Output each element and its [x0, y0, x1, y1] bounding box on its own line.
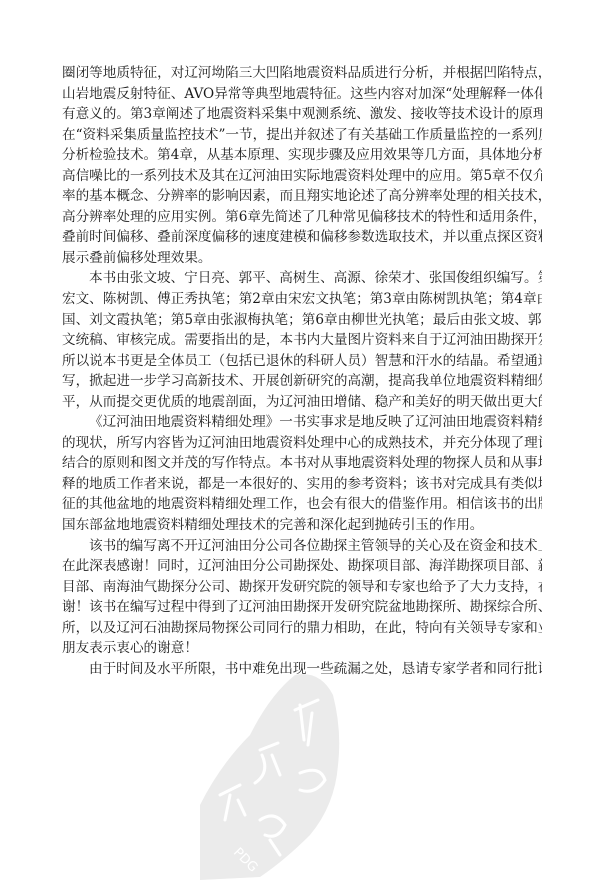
pdg-watermark: PDG — [200, 655, 365, 880]
text-line: 国、刘文霞执笔；第5章由张淑梅执笔；第6章由柳世光执笔；最后由张文坡、郭平、宋宏 — [62, 310, 542, 331]
text-line: 宏文、陈树凯、傅正秀执笔；第2章由宋宏文执笔；第3章由陈树凯执笔；第4章由王正 — [62, 289, 542, 310]
text-line: 所以说本书更是全体员工（包括已退休的科研人员）智慧和汗水的结晶。希望通过该书的编 — [62, 351, 542, 372]
text-line: 高信噪比的一系列技术及其在辽河油田实际地震资料处理中的应用。第5章不仅介绍了分辨 — [62, 166, 542, 187]
text-line: 《辽河油田地震资料精细处理》一书实事求是地反映了辽河油田地震资料精细处理技术 — [62, 412, 542, 433]
text-line: 分析检验技术。第4章，从基本原理、实现步骤及应用效果等几方面，具体地分析论述了提 — [62, 145, 542, 166]
text-line: 在此深表感谢！同时，辽河油田分公司勘探处、勘探项目部、海洋勘探项目部、新区勘探项 — [62, 556, 542, 577]
text-line: 谢！该书在编写过程中得到了辽河油田勘探开发研究院盆地勘探所、勘探综合所、海洋勘探 — [62, 597, 542, 618]
document-page: 圈闭等地质特征，对辽河坳陷三大凹陷地震资料品质进行分析，并根据凹陷特点，陈述了火… — [0, 0, 598, 880]
text-line: 所，以及辽河石油勘探局物探公司同行的鼎力相助，在此，特向有关领导专家和业内人士及 — [62, 618, 542, 639]
text-line: 结合的原则和图文并茂的写作特点。本书对从事地震资料处理的物探人员和从事地震资料解 — [62, 453, 542, 474]
text-line: 圈闭等地质特征，对辽河坳陷三大凹陷地震资料品质进行分析，并根据凹陷特点，陈述了火 — [62, 63, 542, 84]
text-line: 展示叠前偏移处理效果。 — [62, 248, 542, 269]
text-line: 国东部盆地地震资料精细处理技术的完善和深化起到抛砖引玉的作用。 — [62, 515, 542, 536]
text-line: 率的基本概念、分辨率的影响因素，而且翔实地论述了高分辨率处理的相关技术，还列举了 — [62, 186, 542, 207]
text-line: 本书由张文坡、宁日亮、郭平、高树生、高源、徐荣才、张国俊组织编写。第1章由宋 — [62, 268, 542, 289]
text-line: 该书的编写离不开辽河油田分公司各位勘探主管领导的关心及在资金和技术上的扶持， — [62, 536, 542, 557]
text-line: 的现状，所写内容皆为辽河油田地震资料处理中心的成熟技术，并充分体现了理论与实际相 — [62, 433, 542, 454]
text-line: 有意义的。第3章阐述了地震资料采集中观测系统、激发、接收等技术设计的原理和方法。 — [62, 104, 542, 125]
text-line: 平，从而提交更优质的地震剖面，为辽河油田增储、稳产和美好的明天做出更大的贡献。 — [62, 392, 542, 413]
text-line: 征的其他盆地的地震资料精细处理工作，也会有很大的借鉴作用。相信该书的出版发行对中 — [62, 494, 542, 515]
text-line: 目部、南海油气勘探分公司、勘探开发研究院的领导和专家也给予了大力支持，在此深表感 — [62, 577, 542, 598]
text-line: 高分辨率处理的应用实例。第6章先简述了几种常见偏移技术的特性和适用条件，重点叙述 — [62, 207, 542, 228]
text-line: 写，掀起进一步学习高新技术、开展创新研究的高潮，提高我单位地震资料精细处理技术水 — [62, 371, 542, 392]
text-line: 释的地质工作者来说，都是一本很好的、实用的参考资料；该书对完成具有类似地震地质特 — [62, 474, 542, 495]
seal-watermark-icon: PDG — [200, 655, 365, 880]
text-line: 山岩地震反射特征、AVO异常等典型地震特征。这些内容对加深“处理解释一体化”是很 — [62, 84, 542, 105]
text-line: 叠前时间偏移、叠前深度偏移的速度建模和偏移参数选取技术，并以重点探区资料处理实例 — [62, 227, 542, 248]
text-line: 文统稿、审核完成。需要指出的是，本书内大量图片资料来自于辽河油田勘探开发研究院， — [62, 330, 542, 351]
text-line: 在“资料采集质量监控技术”一节，提出并叙述了有关基础工作质量监控的一系列质量参数 — [62, 125, 542, 146]
preface-body-text: 圈闭等地质特征，对辽河坳陷三大凹陷地震资料品质进行分析，并根据凹陷特点，陈述了火… — [62, 63, 542, 679]
